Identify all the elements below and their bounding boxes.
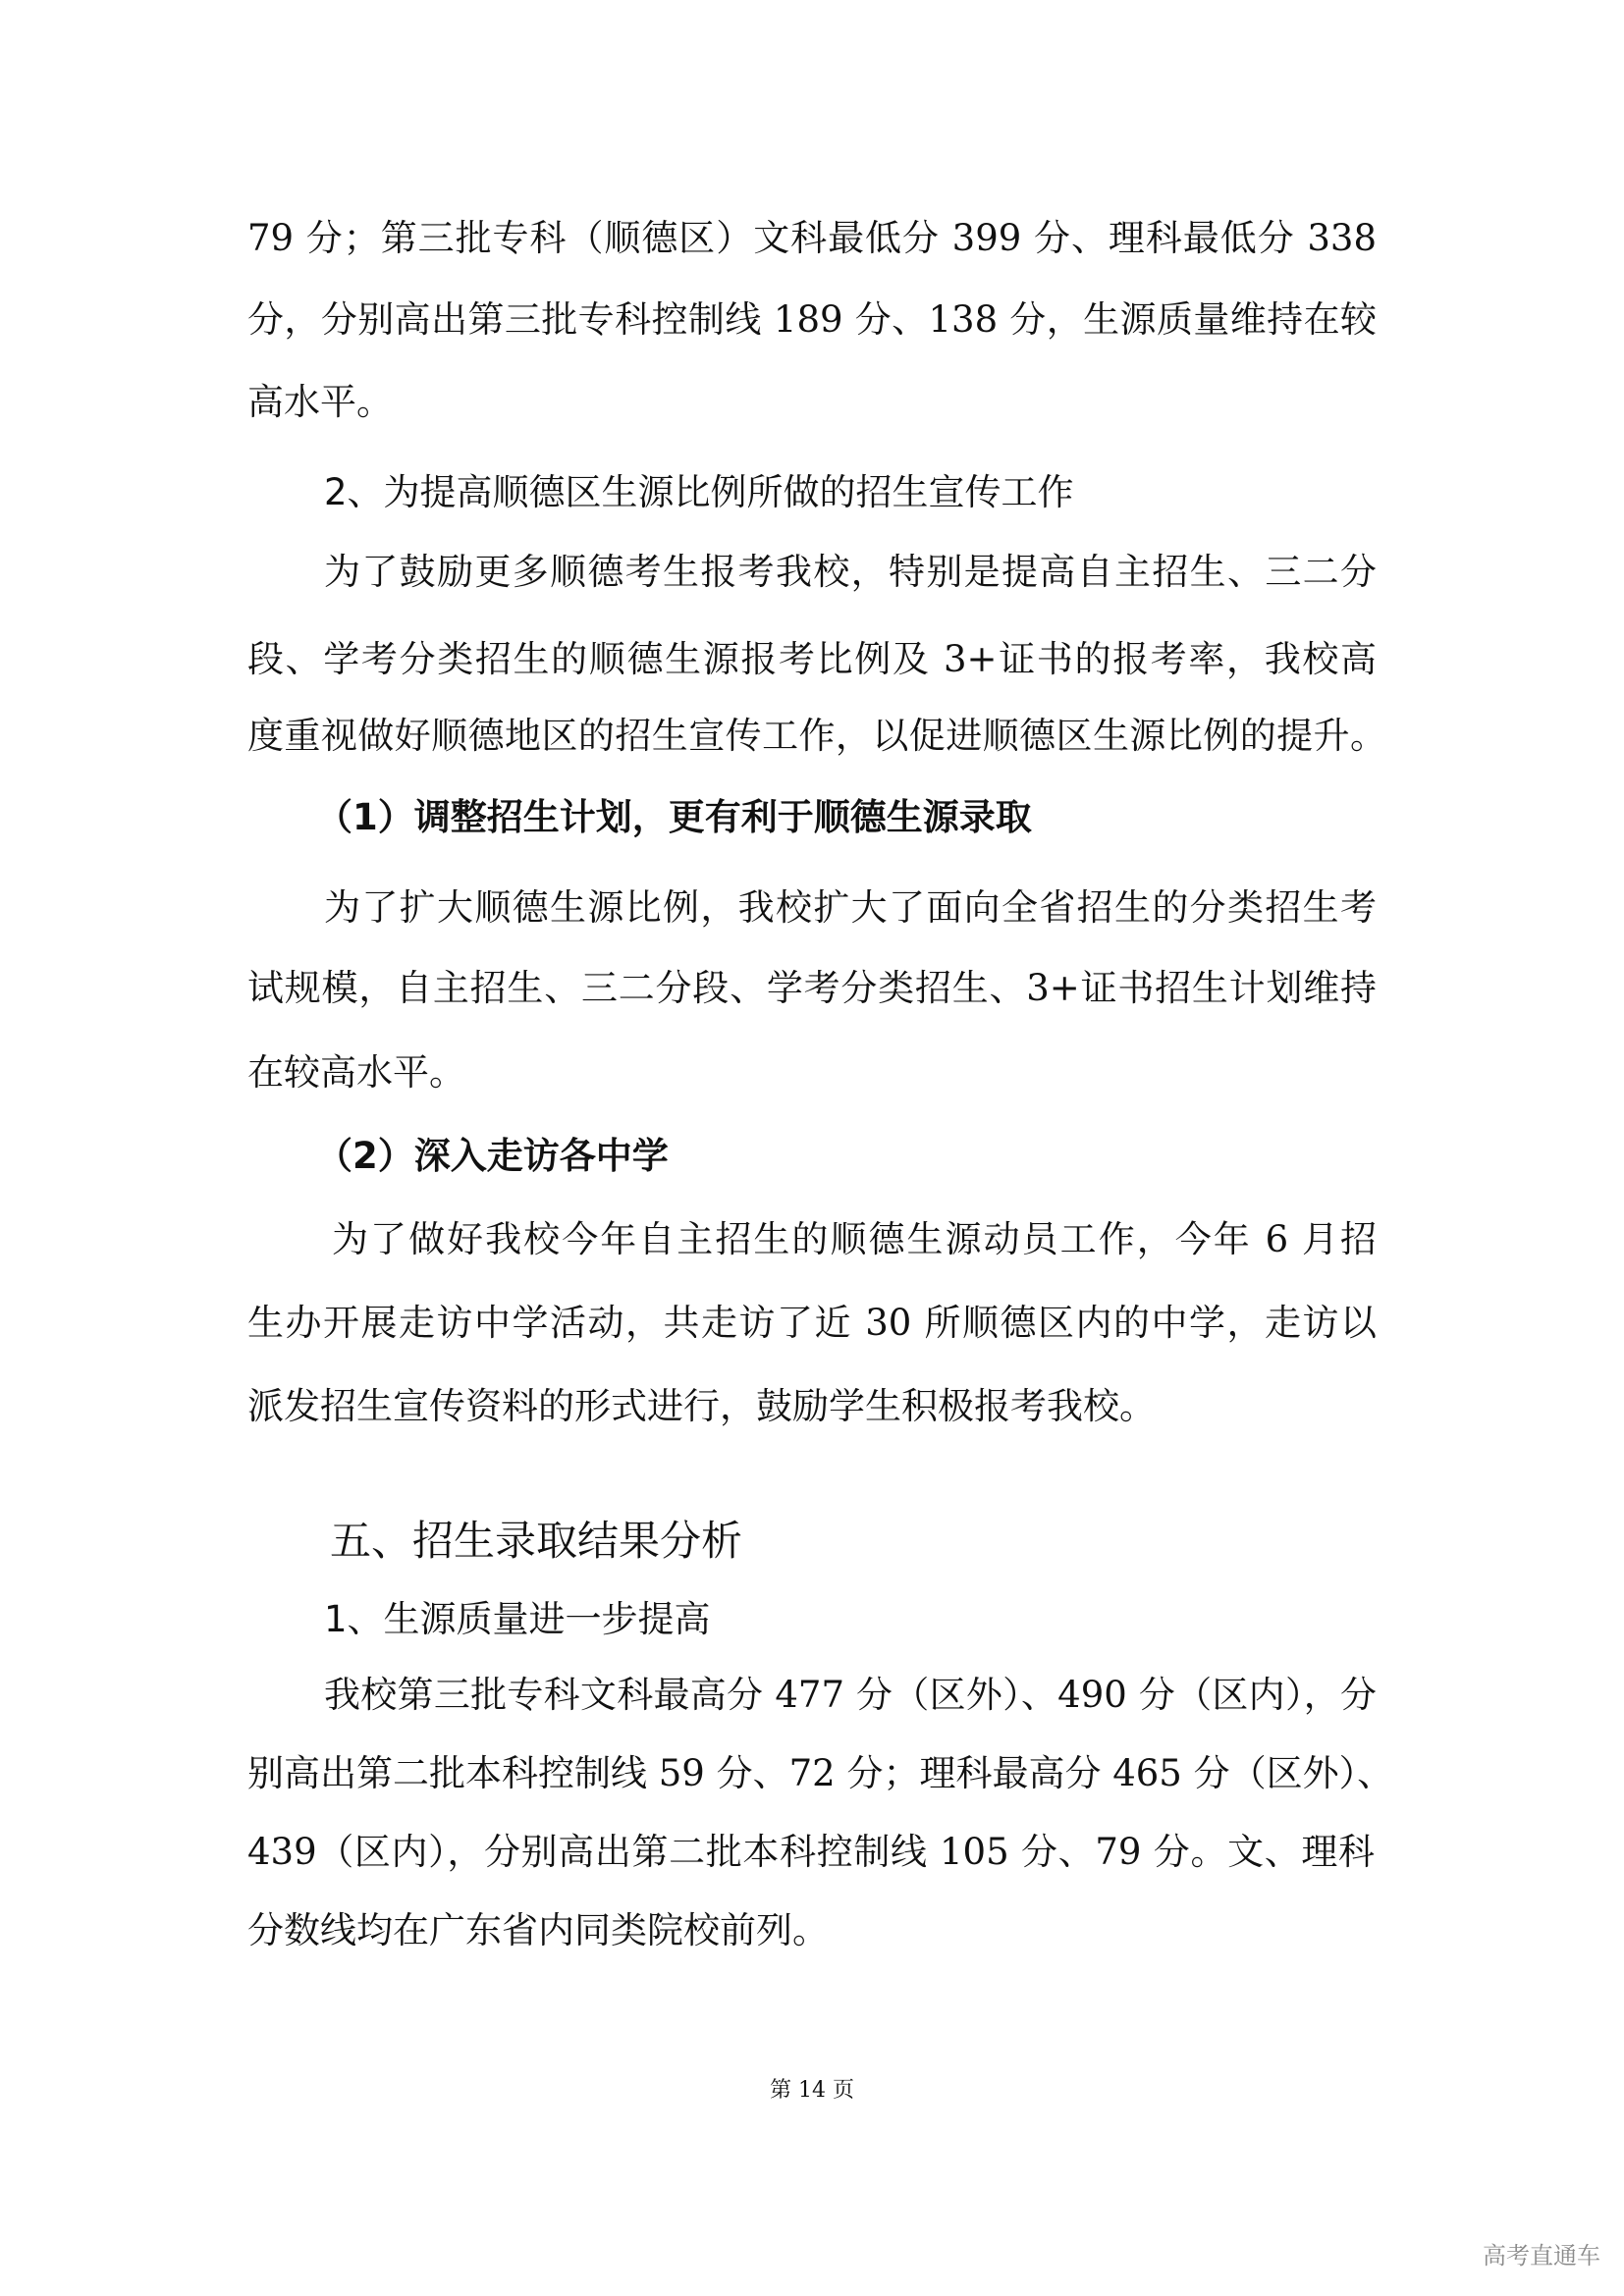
- sub-subsection-heading: （1）调整招生计划，更有利于顺德生源录取: [316, 788, 1032, 847]
- paragraph-line: 为了鼓励更多顺德考生报考我校，特别是提高自主招生、三二分: [324, 543, 1377, 602]
- paragraph-line: 派发招生宣传资料的形式进行，鼓励学生积极报考我校。: [247, 1377, 1156, 1436]
- page-number: 第 14 页: [0, 2076, 1624, 2106]
- section-heading: 五、招生录取结果分析: [330, 1510, 742, 1573]
- paragraph-line: 在较高水平。: [247, 1043, 465, 1102]
- paragraph-line: 别高出第二批本科控制线 59 分、72 分；理科最高分 465 分（区外）、: [247, 1744, 1367, 1803]
- paragraph-line: 生办开展走访中学活动，共走访了近 30 所顺德区内的中学，走访以: [247, 1294, 1377, 1353]
- paragraph-line: 段、学考分类招生的顺德生源报考比例及 3+证书的报考率，我校高: [247, 630, 1377, 689]
- paragraph-line: 为了做好我校今年自主招生的顺德生源动员工作，今年 6 月招: [332, 1210, 1377, 1269]
- watermark: 高考直通车: [1483, 2240, 1600, 2271]
- paragraph-line: 分数线均在广东省内同类院校前列。: [247, 1901, 829, 1960]
- paragraph-line: 439（区内），分别高出第二批本科控制线 105 分、79 分。文、理科: [247, 1823, 1375, 1882]
- subsection-heading: 2、为提高顺德区生源比例所做的招生宣传工作: [324, 463, 1074, 522]
- paragraph-line: 试规模，自主招生、三二分段、学考分类招生、3+证书招生计划维持: [247, 959, 1377, 1018]
- paragraph-line: 我校第三批专科文科最高分 477 分（区外）、490 分（区内），分: [324, 1666, 1377, 1725]
- document-page: 79 分；第三批专科（顺德区）文科最低分 399 分、理科最低分 338 分，分…: [0, 0, 1624, 2296]
- sub-subsection-heading: （2）深入走访各中学: [316, 1127, 669, 1186]
- paragraph-line: 分，分别高出第三批专科控制线 189 分、138 分，生源质量维持在较: [247, 291, 1377, 349]
- paragraph-line: 高水平。: [247, 373, 393, 432]
- subsection-heading: 1、生源质量进一步提高: [324, 1590, 711, 1649]
- paragraph-line: 为了扩大顺德生源比例，我校扩大了面向全省招生的分类招生考: [324, 879, 1377, 937]
- paragraph-line: 度重视做好顺德地区的招生宣传工作，以促进顺德区生源比例的提升。: [247, 707, 1386, 766]
- paragraph-line: 79 分；第三批专科（顺德区）文科最低分 399 分、理科最低分 338: [247, 209, 1377, 268]
